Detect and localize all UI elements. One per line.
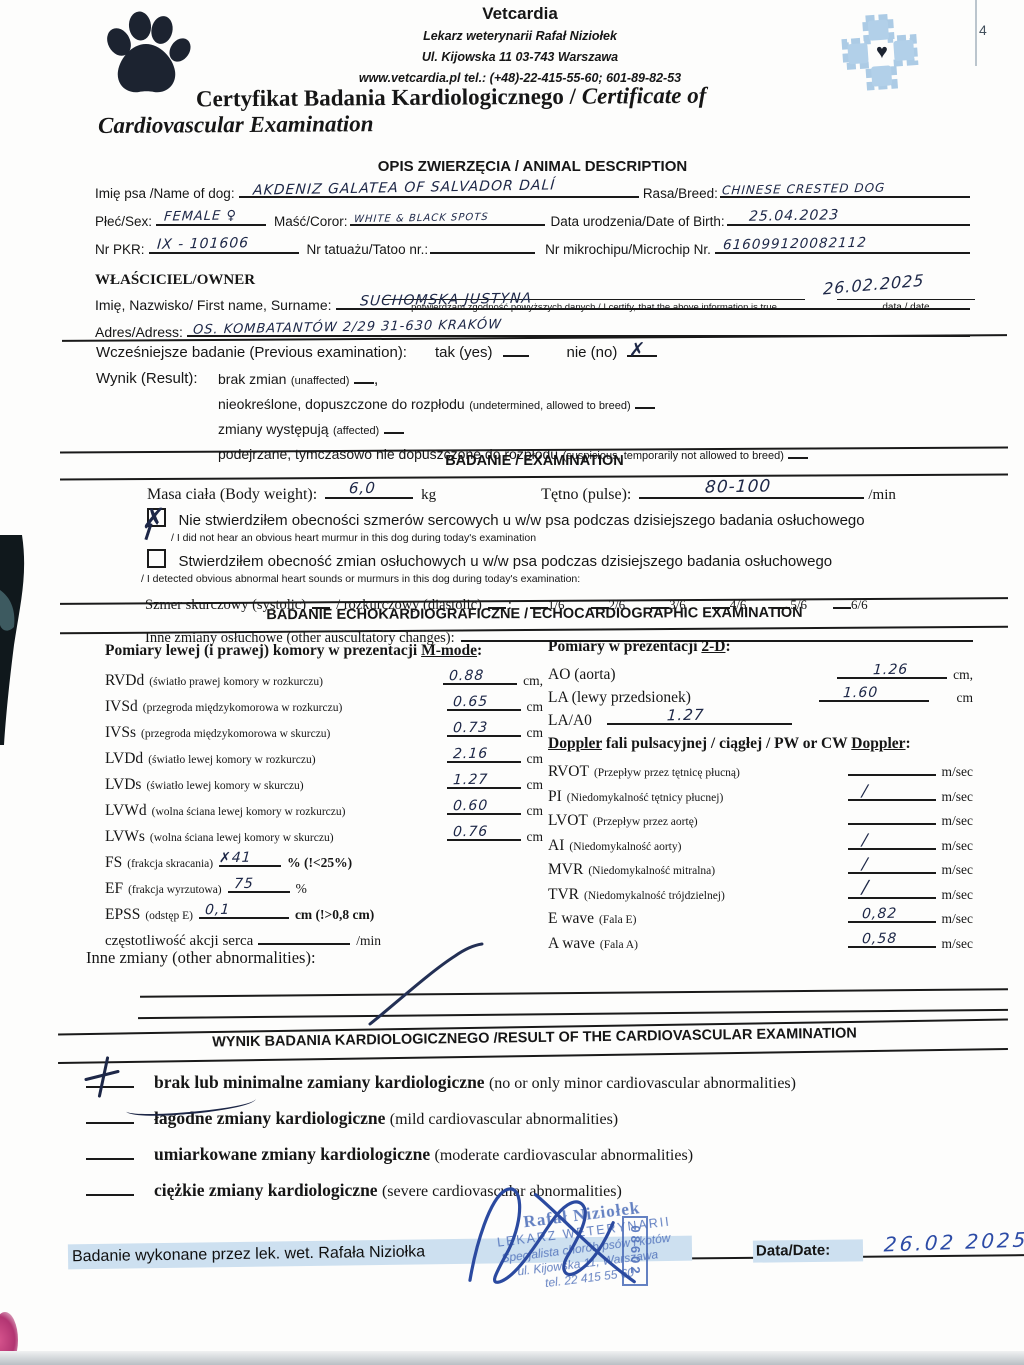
prev-opt-unaffected-suffix: , xyxy=(374,371,378,388)
sex-value: FEMALE ♀ xyxy=(164,208,238,224)
ivsd-value: 0.65 xyxy=(452,694,488,711)
fs-value: ✗41 xyxy=(219,850,253,867)
prev-opt-undetermined-blank xyxy=(635,395,655,409)
lvws-value: 0.76 xyxy=(452,824,488,841)
pulse-unit: /min xyxy=(868,487,896,504)
pulse-value: 80-100 xyxy=(705,476,773,497)
dog-name-value: AKDENIZ GALATEA OF SALVADOR DALÍ xyxy=(252,177,556,198)
dob-value: 25.04.2023 xyxy=(748,207,839,225)
twod-row-ao: AO (aorta)1.26cm, xyxy=(548,662,973,685)
ao-value: 1.26 xyxy=(873,662,909,679)
laao-value: 1.27 xyxy=(666,706,705,725)
sex-label: Płeć/Sex: xyxy=(95,214,152,229)
prev-opt-affected-blank xyxy=(384,420,404,434)
weight-label: Masa ciała (Body weight): xyxy=(147,486,317,504)
heart-rate-blank xyxy=(258,928,350,945)
result-option-mild: łagodne zmiany kardiologiczne (mild card… xyxy=(86,1108,966,1129)
coat-label: Maść/Coror: xyxy=(274,214,348,229)
tattoo-label: Nr tatuażu/Tatoo nr.: xyxy=(307,242,429,257)
mmode-row-lvwd: LVWd(wolna ściana lewej komory w rozkurc… xyxy=(105,798,543,824)
performed-by-text: Badanie wykonane przez lek. wet. Rafała … xyxy=(68,1243,425,1265)
doppler-row-lvot: LVOT(Przepływ przez aortę)m/sec xyxy=(548,808,973,833)
date-label-bar: Data/Date: xyxy=(753,1239,863,1262)
tattoo-value-blank xyxy=(430,236,535,254)
doppler-title: Doppler fali pulsacyjnej / ciągłej / PW … xyxy=(548,735,973,753)
mmode-row-lvds: LVDs(światło lewej komory w skurczu)1.27… xyxy=(105,772,543,798)
no-murmur-x-mark: ✗ xyxy=(141,502,168,535)
other-abnormalities-label: Inne zmiany (other abnormalities): xyxy=(86,948,316,968)
dob-label: Data urodzenia/Date of Birth: xyxy=(551,214,725,229)
scanner-dark-blob xyxy=(0,535,34,745)
mmode-row-lvws: LVWs(wolna ściana lewej komory w skurczu… xyxy=(105,824,543,850)
clinic-header: Vetcardia Lekarz weterynarii Rafał Nizio… xyxy=(240,4,800,85)
date-label: Data/Date: xyxy=(753,1242,830,1260)
doppler-row-awave: A wave(Fala A)0,58m/sec xyxy=(548,931,973,956)
twod-row-laao: LA/A01.27 xyxy=(548,708,973,731)
previous-yes-label: tak (yes) xyxy=(435,344,493,361)
prev-opt-unaffected-blank xyxy=(354,370,374,384)
previous-no-label: nie (no) xyxy=(567,344,618,361)
lvdd-value: 2.16 xyxy=(452,746,488,763)
ai-slash-mark: ∕ xyxy=(861,829,869,848)
doppler-row-mvr: MVR(Niedomykalność mitralna)∕m/sec xyxy=(548,857,973,882)
other-abnormalities-line-2 xyxy=(138,1009,1008,1019)
prev-opt-affected-pl: zmiany występują xyxy=(218,421,329,437)
prev-opt-unaffected-pl: brak zmian xyxy=(218,371,286,387)
fs-row: FS(frakcja skracania)✗41% (!<25%) xyxy=(105,850,543,876)
previous-exam-label: Wcześniejsze badanie (Previous examinati… xyxy=(96,344,407,361)
tvr-slash-mark: ∕ xyxy=(861,876,870,897)
weight-value: 6,0 xyxy=(349,479,377,497)
doppler-row-rvot: RVOT(Przepływ przez tętnicę płucną)m/sec xyxy=(548,759,973,784)
mmode-row-rvdd: RVDd(światło prawej komory w rozkurczu)0… xyxy=(105,668,543,694)
footer-date-value: 26.02 2025 xyxy=(883,1227,1024,1256)
divider-3 xyxy=(60,474,1008,481)
result-option-moderate: umiarkowane zmiany kardiologiczne (moder… xyxy=(86,1144,966,1165)
owner-section-title: WŁAŚCICIEL/OWNER xyxy=(95,272,970,289)
animal-section-title: OPIS ZWIERZĘCIA / ANIMAL DESCRIPTION xyxy=(95,158,970,175)
rvdd-value: 0.88 xyxy=(449,668,485,685)
clinic-vet-line: Lekarz weterynarii Rafał Niziołek xyxy=(240,29,800,43)
title-english-2: Cardiovascular Examination xyxy=(98,111,374,138)
prev-opt-undetermined-pl: nieokreślone, dopuszczone do rozpłodu xyxy=(218,396,465,412)
doppler-row-tvr: TVR(Niedomykalność trójdzielnej)∕m/sec xyxy=(548,882,973,907)
murmur-detected-label-en: / I detected obvious abnormal heart soun… xyxy=(95,573,973,585)
ewave-value: 0,82 xyxy=(861,906,897,923)
no-murmur-checkbox: ✗ xyxy=(147,508,166,527)
echo-2d-column: Pomiary w prezentacji 2-D: AO (aorta)1.2… xyxy=(548,638,973,955)
mmode-row-ivss: IVSs(przegroda międzykomorowa w skurczu)… xyxy=(105,720,543,746)
owner-address-value: OS. KOMBATANTÓW 2/29 31-630 KRAKÓW xyxy=(192,317,502,337)
echo-mmode-column: Pomiary lewej (i prawej) komory w prezen… xyxy=(105,642,543,954)
mmode-title: Pomiary lewej (i prawej) komory w prezen… xyxy=(105,642,543,660)
result-moderate-blank xyxy=(86,1144,134,1160)
lvot-blank xyxy=(848,808,936,825)
result-option-minor: brak lub minimalne zamiany kardiologiczn… xyxy=(86,1072,966,1093)
breed-value: CHINESE CRESTED DOG xyxy=(721,181,885,198)
other-abnormalities-line-1 xyxy=(140,988,1008,998)
scanned-certificate-page: ♥ 4 Vetcardia Lekarz weterynarii Rafał N… xyxy=(0,0,1024,1365)
clinic-name: Vetcardia xyxy=(240,4,800,24)
coat-value: WHITE & BLACK SPOTS xyxy=(353,212,488,225)
lvds-value: 1.27 xyxy=(452,772,488,789)
other-abnormalities-slash-mark xyxy=(360,942,490,1027)
mmode-row-lvdd: LVDd(światło lewej komory w rozkurczu)2.… xyxy=(105,746,543,772)
murmur-detected-label-pl: Stwierdziłem obecność zmian osłuchowych … xyxy=(178,553,832,570)
owner-section: WŁAŚCICIEL/OWNER Imię, Nazwisko/ First n… xyxy=(95,272,970,340)
pulse-label: Tętno (pulse): xyxy=(541,486,631,504)
twod-row-la: LA (lewy przedsionek)1.60cm xyxy=(548,685,973,708)
ef-value: 75 xyxy=(233,876,254,892)
certificate-title: Certyfikat Badania Kardiologicznego / Ce… xyxy=(98,81,968,139)
awave-value: 0,58 xyxy=(861,930,897,947)
previous-no-blank: ✗ xyxy=(627,343,657,357)
mmode-row-ivsd: IVSd(przegroda międzykomorowa w rozkurcz… xyxy=(105,694,543,720)
result-severe-blank xyxy=(86,1180,134,1196)
epss-row: EPSS(odstęp E)0,1cm (!>0,8 cm) xyxy=(105,902,543,928)
previous-yes-blank xyxy=(503,343,529,357)
owner-name-label: Imię, Nazwisko/ First name, Surname: xyxy=(95,297,332,313)
chip-value: 616099120082112 xyxy=(722,235,867,254)
la-value: 1.60 xyxy=(842,685,878,702)
heart-icon: ♥ xyxy=(876,41,888,63)
page-number-mark: 4 xyxy=(979,22,987,38)
pi-slash-mark: ∕ xyxy=(861,780,869,799)
prev-opt-unaffected-en: (unaffected) xyxy=(291,375,350,387)
previous-exam-section: Wcześniejsze badanie (Previous examinati… xyxy=(96,343,971,464)
chip-label: Nr mikrochipu/Microchip Nr. xyxy=(545,242,711,257)
rvot-blank xyxy=(848,759,936,776)
vet-signature xyxy=(443,1173,659,1309)
owner-name-value: SUCHOMSKA JUSTYNA xyxy=(359,290,532,309)
doppler-row-ai: AI(Niedomykalność aorty)∕m/sec xyxy=(548,833,973,858)
dog-name-label: Imię psa /Name of dog: xyxy=(95,186,235,201)
pkr-value: IX - 101606 xyxy=(156,235,249,253)
murmur-detected-checkbox xyxy=(147,549,166,568)
result-minor-blank xyxy=(86,1072,134,1088)
lvwd-value: 0.60 xyxy=(452,798,488,815)
doppler-row-pi: PI(Niedomykalność tętnicy płucnej)∕m/sec xyxy=(548,784,973,809)
examination-section-title: BADANIE / EXAMINATION xyxy=(62,453,1007,469)
owner-address-label: Adres/Adress: xyxy=(95,324,183,340)
pkr-label: Nr PKR: xyxy=(95,242,145,257)
title-english-1: Certificate of xyxy=(582,83,707,109)
paw-print-logo xyxy=(92,6,194,98)
twod-title: Pomiary w prezentacji 2-D: xyxy=(548,638,973,656)
doppler-row-ewave: E wave(Fala E)0,82m/sec xyxy=(548,906,973,931)
epss-value: 0,1 xyxy=(204,902,230,918)
prev-opt-affected-en: (affected) xyxy=(333,425,379,437)
no-murmur-label-pl: Nie stwierdziłem obecności szmerów serco… xyxy=(178,512,864,529)
no-murmur-label-en: / I did not hear an obvious heart murmur… xyxy=(95,532,973,544)
ivss-value: 0.73 xyxy=(452,720,488,737)
previous-no-x-mark: ✗ xyxy=(629,339,647,361)
weight-unit: kg xyxy=(421,487,436,504)
prev-opt-undetermined-en: (undetermined, allowed to breed) xyxy=(469,400,630,412)
breed-label: Rasa/Breed: xyxy=(643,186,718,201)
scanner-bottom-strip xyxy=(0,1351,1024,1365)
mvr-slash-mark: ∕ xyxy=(861,854,869,873)
title-polish: Certyfikat Badania Kardiologicznego / xyxy=(196,84,582,112)
page-edge-line xyxy=(975,0,977,66)
ef-row: EF(frakcja wyrzutowa)75% xyxy=(105,876,543,902)
clinic-address-line: Ul. Kijowska 11 03-743 Warszawa xyxy=(240,50,800,64)
